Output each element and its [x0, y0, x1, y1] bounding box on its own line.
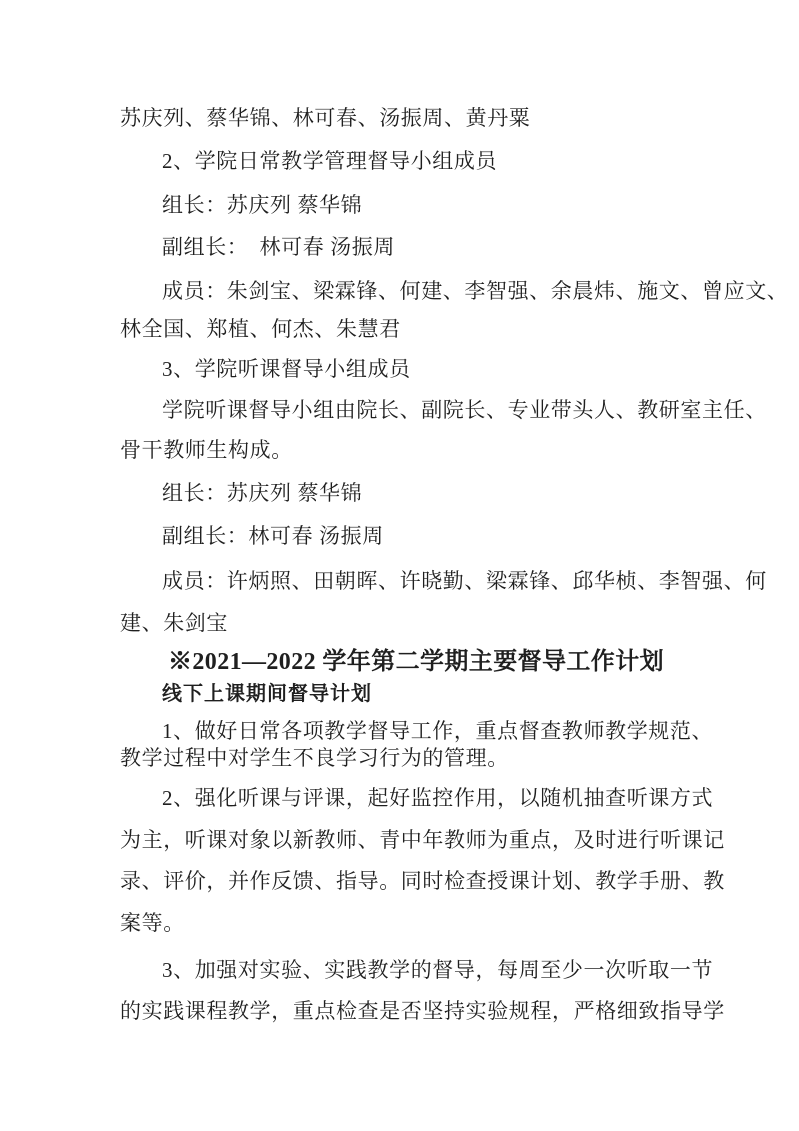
document-text-line: 1、做好日常各项教学督导工作，重点督查教师教学规范、: [120, 718, 754, 745]
document-text-line: 2、学院日常教学管理督导小组成员: [120, 148, 754, 175]
document-text-line: 的实践课程教学，重点检查是否坚持实验规程，严格细致指导学: [120, 998, 712, 1025]
document-text-line: 学院听课督导小组由院长、副院长、专业带头人、教研室主任、: [120, 397, 754, 424]
document-text-line: 教学过程中对学生不良学习行为的管理。: [120, 745, 712, 772]
document-text-line: 录、评价，并作反馈、指导。同时检查授课计划、教学手册、教: [120, 868, 712, 895]
document-text-line: 成员：朱剑宝、梁霖锋、何建、李智强、余晨炜、施文、曾应文、: [120, 278, 754, 305]
document-text-line: 为主，听课对象以新教师、青中年教师为重点，及时进行听课记: [120, 827, 712, 854]
document-text-line: 苏庆列、蔡华锦、林可春、汤振周、黄丹粟: [120, 105, 712, 132]
document-text-line: 林全国、郑植、何杰、朱慧君: [120, 316, 712, 343]
document-text-line: 副组长：林可春 汤振周: [120, 523, 754, 550]
section-main-heading: ※2021—2022 学年第二学期主要督导工作计划: [120, 647, 712, 677]
document-text-line: 2、强化听课与评课，起好监控作用，以随机抽查听课方式: [120, 785, 754, 812]
document-text-line: 3、加强对实验、实践教学的督导，每周至少一次听取一节: [120, 957, 754, 984]
document-page: 苏庆列、蔡华锦、林可春、汤振周、黄丹粟2、学院日常教学管理督导小组成员组长：苏庆…: [0, 0, 799, 1131]
document-text-line: 骨干教师生构成。: [120, 437, 712, 464]
document-text-line: 建、朱剑宝: [120, 610, 712, 637]
document-text-line: 成员：许炳照、田朝晖、许晓勤、梁霖锋、邱华桢、李智强、何: [120, 568, 754, 595]
section-sub-heading: 线下上课期间督导计划: [120, 681, 754, 707]
document-text-line: 案等。: [120, 910, 712, 937]
document-text-line: 3、学院听课督导小组成员: [120, 356, 754, 383]
document-text-line: 组长：苏庆列 蔡华锦: [120, 192, 754, 219]
document-text-line: 组长：苏庆列 蔡华锦: [120, 480, 754, 507]
document-text-line: 副组长： 林可春 汤振周: [120, 234, 754, 261]
